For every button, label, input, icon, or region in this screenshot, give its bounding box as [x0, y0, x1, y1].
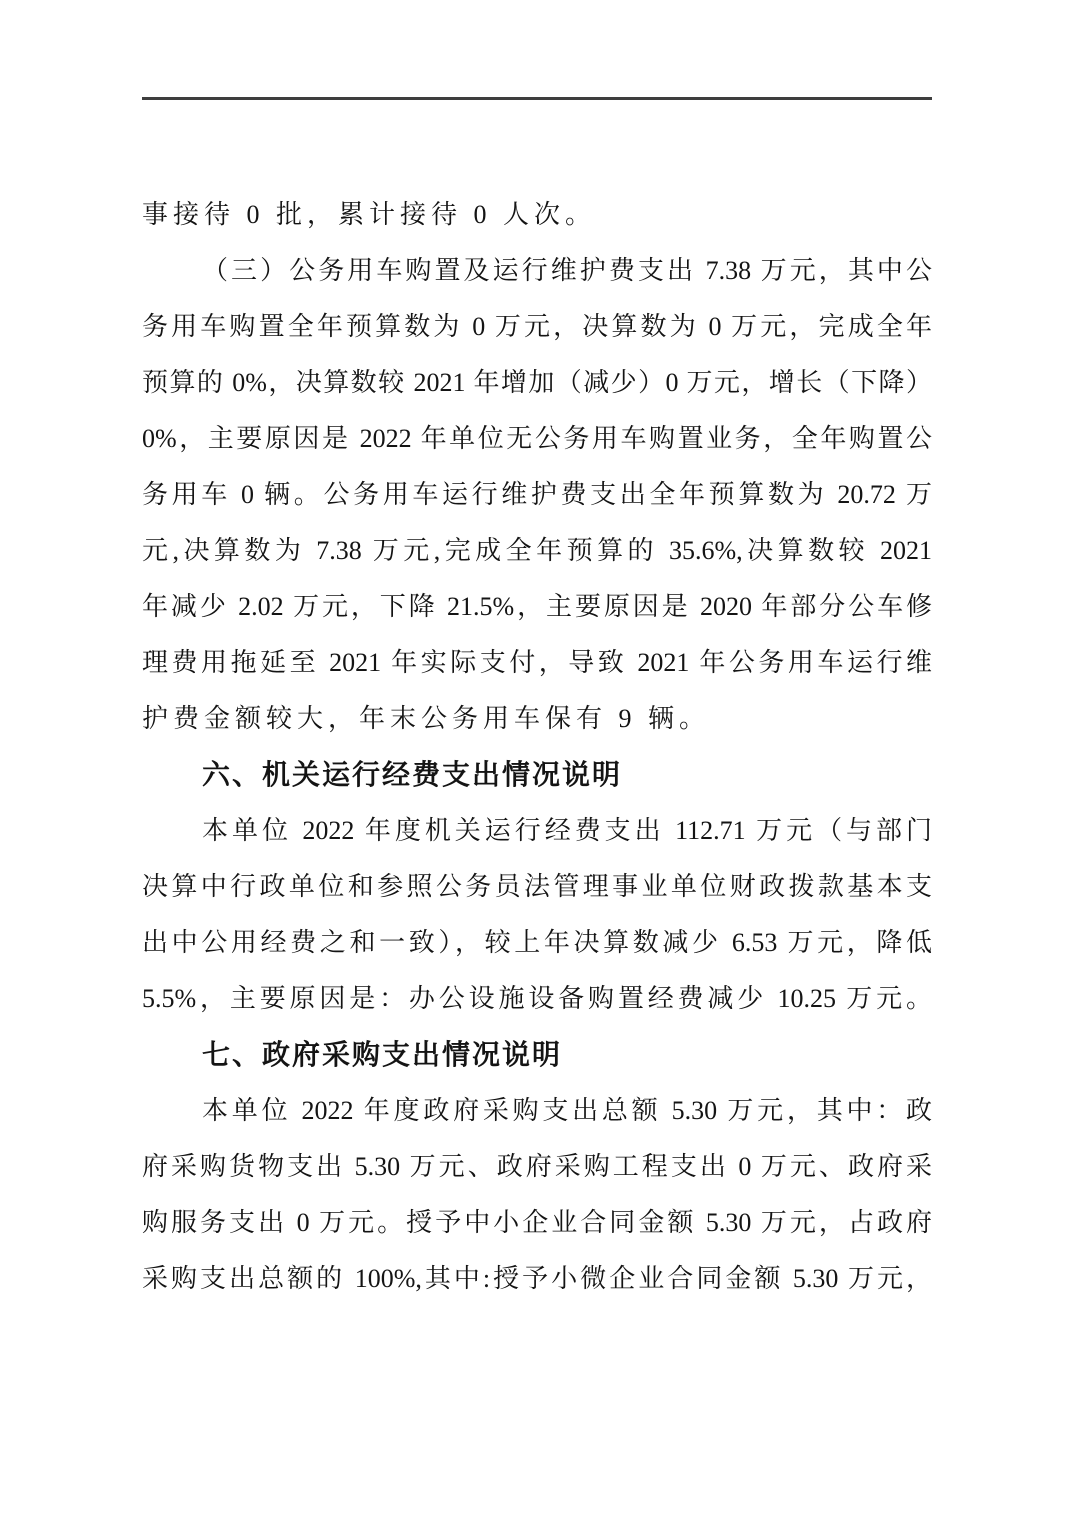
paragraph-line: 府采购货物支出 5.30 万元、政府采购工程支出 0 万元、政府采	[142, 1139, 932, 1195]
paragraph-line: 0%，主要原因是 2022 年单位无公务用车购置业务，全年购置公	[142, 411, 932, 467]
paragraph-line: 元,决算数为 7.38 万元,完成全年预算的 35.6%,决算数较 2021	[142, 523, 932, 579]
paragraph-line: 本单位 2022 年度机关运行经费支出 112.71 万元（与部门	[142, 803, 932, 859]
paragraph-line: 预算的 0%，决算数较 2021 年增加（减少）0 万元，增长（下降）	[142, 355, 932, 411]
paragraph-line: 务用车 0 辆。公务用车运行维护费支出全年预算数为 20.72 万	[142, 467, 932, 523]
paragraph-line: 决算中行政单位和参照公务员法管理事业单位财政拨款基本支	[142, 859, 932, 915]
paragraph-line: 理费用拖延至 2021 年实际支付，导致 2021 年公务用车运行维	[142, 635, 932, 691]
paragraph-line: 采购支出总额的 100%,其中:授予小微企业合同金额 5.30 万元，	[142, 1251, 932, 1307]
document-page: 事接待 0 批，累计接待 0 人次。（三）公务用车购置及运行维护费支出 7.38…	[0, 0, 1074, 1520]
paragraph-line: 购服务支出 0 万元。授予中小企业合同金额 5.30 万元，占政府	[142, 1195, 932, 1251]
section-heading: 六、机关运行经费支出情况说明	[142, 747, 932, 803]
paragraph-line: 年减少 2.02 万元，下降 21.5%，主要原因是 2020 年部分公车修	[142, 579, 932, 635]
section-heading: 七、政府采购支出情况说明	[142, 1027, 932, 1083]
paragraph-line: 事接待 0 批，累计接待 0 人次。	[142, 187, 932, 243]
paragraph-line: （三）公务用车购置及运行维护费支出 7.38 万元，其中公	[142, 243, 932, 299]
paragraph-line: 务用车购置全年预算数为 0 万元，决算数为 0 万元，完成全年	[142, 299, 932, 355]
paragraph-line: 护费金额较大，年末公务用车保有 9 辆。	[142, 691, 932, 747]
document-body: 事接待 0 批，累计接待 0 人次。（三）公务用车购置及运行维护费支出 7.38…	[142, 187, 932, 1307]
paragraph-line: 5.5%，主要原因是：办公设施设备购置经费减少 10.25 万元。	[142, 971, 932, 1027]
header-rule	[142, 97, 932, 100]
paragraph-line: 本单位 2022 年度政府采购支出总额 5.30 万元，其中：政	[142, 1083, 932, 1139]
paragraph-line: 出中公用经费之和一致），较上年决算数减少 6.53 万元，降低	[142, 915, 932, 971]
